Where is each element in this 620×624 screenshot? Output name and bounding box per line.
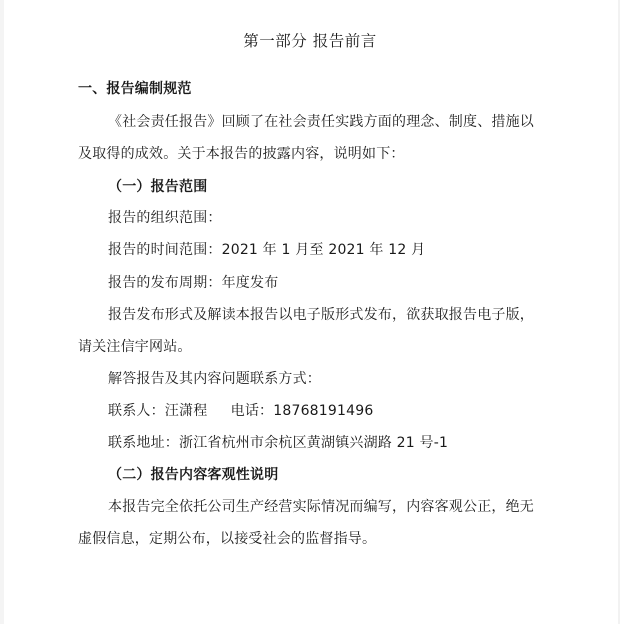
subsection-heading-2: （二）报告内容客观性说明 — [108, 466, 278, 484]
objectivity-text-line-2: 虚假信息，定期公布，以接受社会的监督指导。 — [78, 530, 376, 548]
subsection-heading-1: （一）报告范围 — [108, 178, 207, 196]
document-page: 第一部分 报告前言 一、报告编制规范 《社会责任报告》回顾了在社会责任实践方面的… — [0, 0, 620, 624]
page-title: 第一部分 报告前言 — [0, 32, 620, 50]
cycle-text: 报告的发布周期：年度发布 — [108, 274, 278, 292]
contact-person-text: 联系人：汪潇程 电话：18768191496 — [108, 402, 373, 420]
contact-intro-text: 解答报告及其内容问题联系方式： — [108, 370, 321, 388]
intro-paragraph-line-2: 及取得的成效。关于本报告的披露内容，说明如下： — [78, 145, 405, 163]
objectivity-text-line-1: 本报告完全依托公司生产经营实际情况而编写，内容客观公正，绝无 — [108, 498, 534, 516]
intro-paragraph-line-1: 《社会责任报告》回顾了在社会责任实践方面的理念、制度、措施以 — [108, 113, 534, 131]
section-heading-1: 一、报告编制规范 — [78, 80, 192, 98]
org-scope-text: 报告的组织范围： — [108, 209, 222, 227]
format-text-line-1: 报告发布形式及解读本报告以电子版形式发布，欲获取报告电子版， — [108, 306, 534, 324]
contact-address-text: 联系地址：浙江省杭州市余杭区黄湖镇兴湖路 21 号-1 — [108, 434, 448, 452]
format-text-line-2: 请关注信宇网站。 — [78, 338, 192, 356]
time-scope-text: 报告的时间范围：2021 年 1 月至 2021 年 12 月 — [108, 241, 425, 259]
